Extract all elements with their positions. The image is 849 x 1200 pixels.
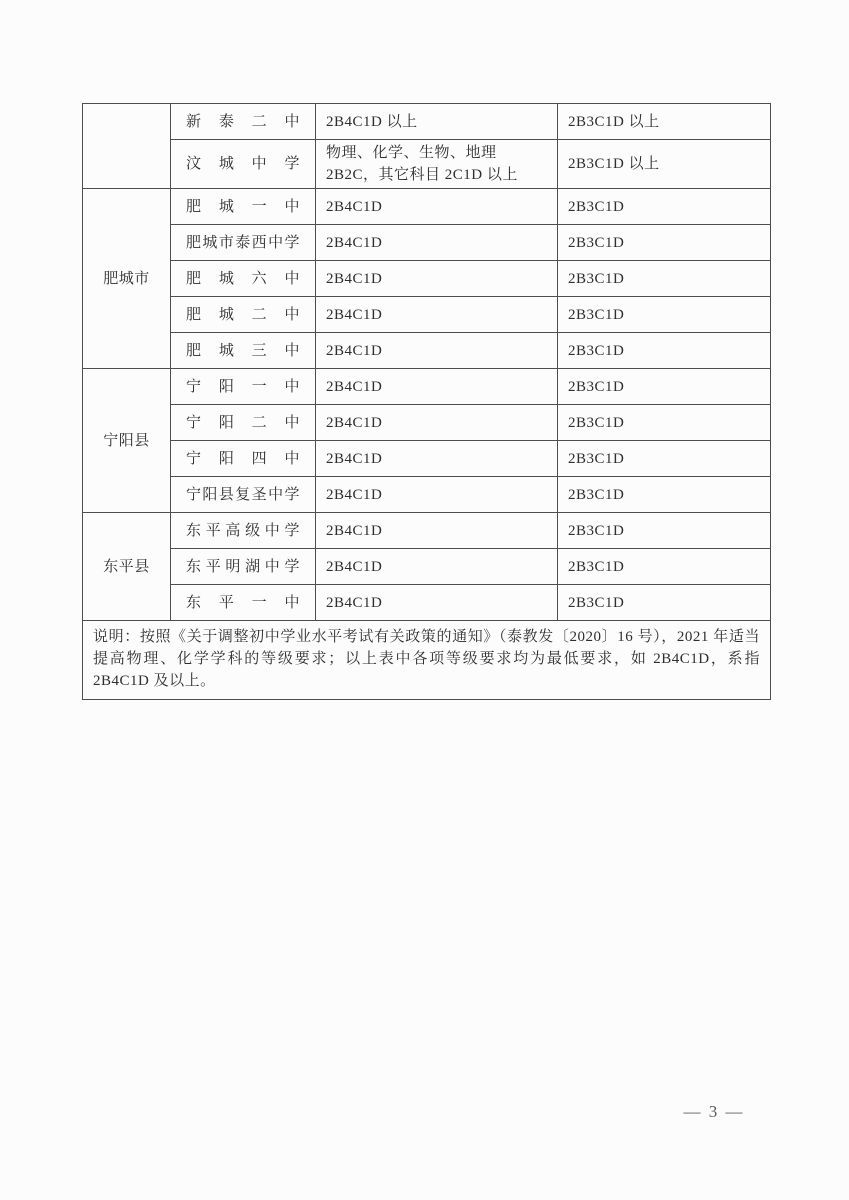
table-row: 肥城市泰西中学2B4C1D2B3C1D bbox=[83, 225, 771, 261]
school-cell: 宁阳县复圣中学 bbox=[171, 477, 316, 513]
district-cell bbox=[83, 104, 171, 189]
table-row: 宁阳二中2B4C1D2B3C1D bbox=[83, 405, 771, 441]
requirement-physics-chemistry-cell: 2B4C1D bbox=[316, 405, 558, 441]
school-cell: 新泰二中 bbox=[171, 104, 316, 140]
requirement-other-cell: 2B3C1D bbox=[558, 333, 771, 369]
grade-requirements-table: 新泰二中2B4C1D 以上2B3C1D 以上汶城中学物理、化学、生物、地理 2B… bbox=[82, 103, 771, 700]
table-row: 汶城中学物理、化学、生物、地理 2B2C，其它科目 2C1D 以上2B3C1D … bbox=[83, 140, 771, 189]
document-page: 新泰二中2B4C1D 以上2B3C1D 以上汶城中学物理、化学、生物、地理 2B… bbox=[0, 0, 849, 1200]
requirement-physics-chemistry-cell: 2B4C1D bbox=[316, 513, 558, 549]
requirement-other-cell: 2B3C1D bbox=[558, 477, 771, 513]
page-number: — 3 — bbox=[662, 1102, 766, 1122]
table-row: 肥城市肥城一中2B4C1D2B3C1D bbox=[83, 189, 771, 225]
district-cell: 东平县 bbox=[83, 513, 171, 621]
school-cell: 汶城中学 bbox=[171, 140, 316, 189]
requirement-physics-chemistry-cell: 2B4C1D bbox=[316, 441, 558, 477]
requirement-other-cell: 2B3C1D bbox=[558, 549, 771, 585]
school-cell: 东平高级中学 bbox=[171, 513, 316, 549]
district-cell: 肥城市 bbox=[83, 189, 171, 369]
table-row: 东平县东平高级中学2B4C1D2B3C1D bbox=[83, 513, 771, 549]
requirement-physics-chemistry-cell: 2B4C1D bbox=[316, 585, 558, 621]
requirement-other-cell: 2B3C1D 以上 bbox=[558, 140, 771, 189]
requirement-physics-chemistry-cell: 2B4C1D bbox=[316, 297, 558, 333]
requirement-other-cell: 2B3C1D bbox=[558, 369, 771, 405]
requirement-physics-chemistry-cell: 2B4C1D bbox=[316, 549, 558, 585]
requirement-other-cell: 2B3C1D bbox=[558, 441, 771, 477]
school-cell: 肥城市泰西中学 bbox=[171, 225, 316, 261]
requirement-other-cell: 2B3C1D bbox=[558, 513, 771, 549]
requirement-other-cell: 2B3C1D bbox=[558, 261, 771, 297]
requirement-other-cell: 2B3C1D 以上 bbox=[558, 104, 771, 140]
table-row: 宁阳县复圣中学2B4C1D2B3C1D bbox=[83, 477, 771, 513]
requirement-physics-chemistry-cell: 2B4C1D bbox=[316, 261, 558, 297]
requirement-other-cell: 2B3C1D bbox=[558, 585, 771, 621]
district-cell: 宁阳县 bbox=[83, 369, 171, 513]
table-row: 肥城三中2B4C1D2B3C1D bbox=[83, 333, 771, 369]
requirement-physics-chemistry-cell: 2B4C1D bbox=[316, 333, 558, 369]
school-cell: 宁阳一中 bbox=[171, 369, 316, 405]
requirement-physics-chemistry-cell: 2B4C1D bbox=[316, 189, 558, 225]
requirement-physics-chemistry-cell: 2B4C1D 以上 bbox=[316, 104, 558, 140]
school-cell: 东平明湖中学 bbox=[171, 549, 316, 585]
requirement-other-cell: 2B3C1D bbox=[558, 405, 771, 441]
requirement-other-cell: 2B3C1D bbox=[558, 225, 771, 261]
table-row: 肥城二中2B4C1D2B3C1D bbox=[83, 297, 771, 333]
table-row: 新泰二中2B4C1D 以上2B3C1D 以上 bbox=[83, 104, 771, 140]
table-row: 东平一中2B4C1D2B3C1D bbox=[83, 585, 771, 621]
table-row: 宁阳县宁阳一中2B4C1D2B3C1D bbox=[83, 369, 771, 405]
requirement-physics-chemistry-cell: 2B4C1D bbox=[316, 225, 558, 261]
school-cell: 东平一中 bbox=[171, 585, 316, 621]
requirement-physics-chemistry-cell: 2B4C1D bbox=[316, 369, 558, 405]
table-row: 肥城六中2B4C1D2B3C1D bbox=[83, 261, 771, 297]
requirement-physics-chemistry-cell: 2B4C1D bbox=[316, 477, 558, 513]
table-note: 说明：按照《关于调整初中学业水平考试有关政策的通知》（泰教发〔2020〕16 号… bbox=[83, 621, 771, 700]
school-cell: 肥城三中 bbox=[171, 333, 316, 369]
school-cell: 肥城二中 bbox=[171, 297, 316, 333]
school-cell: 肥城六中 bbox=[171, 261, 316, 297]
school-cell: 肥城一中 bbox=[171, 189, 316, 225]
note-row: 说明：按照《关于调整初中学业水平考试有关政策的通知》（泰教发〔2020〕16 号… bbox=[83, 621, 771, 700]
table-row: 东平明湖中学2B4C1D2B3C1D bbox=[83, 549, 771, 585]
requirement-other-cell: 2B3C1D bbox=[558, 297, 771, 333]
requirement-physics-chemistry-cell: 物理、化学、生物、地理 2B2C，其它科目 2C1D 以上 bbox=[316, 140, 558, 189]
school-cell: 宁阳四中 bbox=[171, 441, 316, 477]
table-row: 宁阳四中2B4C1D2B3C1D bbox=[83, 441, 771, 477]
requirement-other-cell: 2B3C1D bbox=[558, 189, 771, 225]
school-cell: 宁阳二中 bbox=[171, 405, 316, 441]
